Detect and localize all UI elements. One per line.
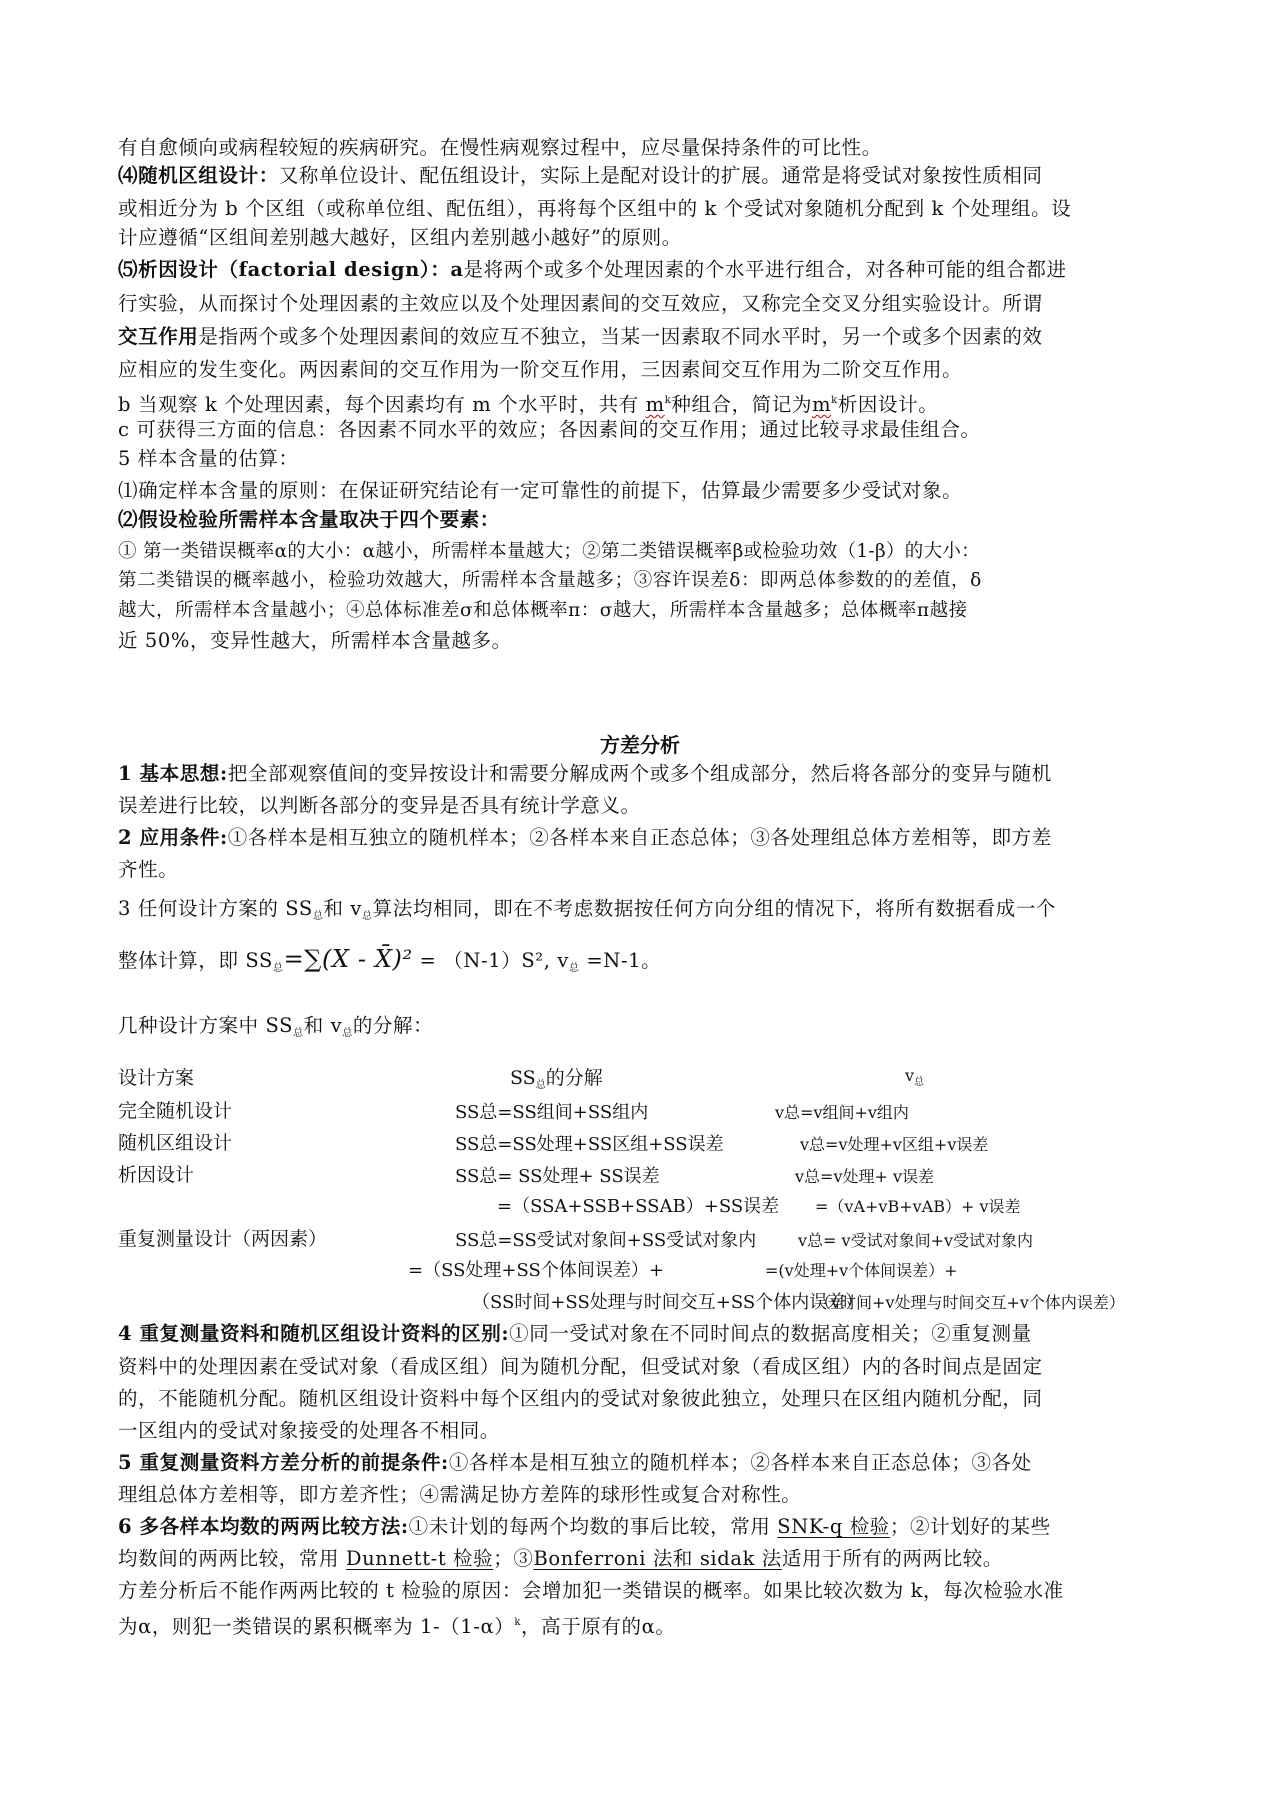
paragraph-line: ① 第一类错误概率α的大小：α越小，所需样本量越大；②第二类错误概率β或检验功效… <box>118 538 980 566</box>
paragraph-line: b 当观察 k 个处理因素，每个因素均有 m 个水平时，共有 mk种组合，简记为… <box>118 387 938 419</box>
bonferroni-sidak: Bonferroni 法和 sidak 法 <box>533 1547 781 1570</box>
row-ss-cont: =（SSA+SSB+SSAB）+SS误差 <box>497 1192 779 1218</box>
section-title: 方差分析 <box>0 729 1280 758</box>
paragraph-conditions: 2 应用条件:①各样本是相互独立的随机样本；②各样本来自正态总体；③各处理组总体… <box>118 824 1052 852</box>
paragraph-line: 交互作用是指两个或多个处理因素间的效应互不独立，当某一因素取不同水平时，另一个或… <box>118 323 1043 351</box>
row-ss: SS总=SS组间+SS组内 <box>455 1098 648 1124</box>
header-design: 设计方案 <box>118 1063 194 1090</box>
row-v-cont: （v时间+v处理与时间交互+v个体内误差） <box>815 1290 1125 1313</box>
paragraph-line: 应相应的发生变化。两因素间的交互作用为一阶交互作用，三因素间交互作用为二阶交互作… <box>118 356 962 384</box>
paragraph-line: 为α，则犯一类错误的累积概率为 1-（1-α）k，高于原有的α。 <box>118 1609 675 1641</box>
document-page: 有自愈倾向或病程较短的疾病研究。在慢性病观察过程中，应尽量保持条件的可比性。 ⑷… <box>0 0 1280 1811</box>
section-heading: ⑵假设检验所需样本含量取决于四个要素： <box>118 506 500 534</box>
row-ss: SS总=SS处理+SS区组+SS误差 <box>455 1130 724 1156</box>
paragraph-line: 齐性。 <box>118 856 178 884</box>
term-interaction: 交互作用 <box>118 325 198 348</box>
header-v: v总 <box>905 1066 924 1088</box>
heading: ⑷随机区组设计： <box>118 164 279 187</box>
paragraph-line: 第二类错误的概率越小，检验功效越大，所需样本含量越多；③容许误差δ：即两总体参数… <box>118 567 982 595</box>
paragraph-line: 资料中的处理因素在受试对象（看成区组）间为随机分配，但受试对象（看成区组）内的各… <box>118 1353 1043 1381</box>
paragraph-line: 越大，所需样本含量越小；④总体标准差σ和总体概率π：σ越大，所需样本含量越多；总… <box>118 597 968 625</box>
paragraph-line: c 可获得三方面的信息：各因素不同水平的效应；各因素间的交互作用；通过比较寻求最… <box>118 416 981 444</box>
paragraph-line: 3 任何设计方案的 SS总和 v总算法均相同，即在不考虑数据按任何方向分组的情况… <box>118 895 1056 931</box>
header-ss: SS总的分解 <box>510 1063 603 1091</box>
row-design: 完全随机设计 <box>118 1096 232 1123</box>
section-heading: 5 样本含量的估算： <box>118 445 299 473</box>
sum-formula: =∑(X - X̄)² <box>284 945 413 973</box>
paragraph: 有自愈倾向或病程较短的疾病研究。在慢性病观察过程中，应尽量保持条件的可比性。 <box>118 134 882 162</box>
row-design: 析因设计 <box>118 1160 194 1187</box>
paragraph-line: 一区组内的受试对象接受的处理各不相同。 <box>118 1417 500 1445</box>
row-ss: SS总=SS受试对象间+SS受试对象内 <box>455 1226 756 1252</box>
paragraph-line: 的，不能随机分配。随机区组设计资料中每个区组内的受试对象彼此独立，处理只在区组内… <box>118 1385 1043 1413</box>
paragraph-comparison: 6 多各样本均数的两两比较方法:①未计划的每两个均数的事后比较，常用 SNK-q… <box>118 1513 1051 1541</box>
row-v-cont: =(v处理+v个体间误差）+ <box>765 1258 958 1281</box>
row-v: v总=v组间+v组内 <box>775 1100 909 1123</box>
heading: ⑸析因设计（factorial design）：a <box>118 258 464 281</box>
row-ss-cont: （SS时间+SS处理与时间交互+SS个体内误差） <box>472 1288 863 1314</box>
dunnett-t-test: Dunnett-t 检验 <box>346 1547 493 1570</box>
paragraph-line: 或相近分为 b 个区组（或称单位组、配伍组），再将每个区组中的 k 个受试对象随… <box>118 195 1071 223</box>
row-v: v总= v受试对象间+v受试对象内 <box>798 1228 1033 1251</box>
row-v-cont: =（vA+vB+vAB）+ v误差 <box>815 1194 1021 1217</box>
snk-q-test: SNK-q 检验 <box>777 1515 890 1538</box>
paragraph-line: 理组总体方差相等，即方差齐性；④需满足协方差阵的球形性或复合对称性。 <box>118 1481 801 1509</box>
paragraph-line: ⑴确定样本含量的原则：在保证研究结论有一定可靠性的前提下，估算最少需要多少受试对… <box>118 477 962 505</box>
paragraph-line: 几种设计方案中 SS总和 v总的分解： <box>118 1012 433 1048</box>
paragraph-line: 方差分析后不能作两两比较的 t 检验的原因：会增加犯一类错误的概率。如果比较次数… <box>118 1577 1064 1605</box>
row-design: 重复测量设计（两因素） <box>118 1224 327 1251</box>
row-ss-cont: =（SS处理+SS个体间误差）+ <box>408 1256 664 1282</box>
paragraph-line: 均数间的两两比较，常用 Dunnett-t 检验；③Bonferroni 法和 … <box>118 1545 1003 1573</box>
paragraph-randomized-block: ⑷随机区组设计：又称单位设计、配伍组设计，实际上是配对设计的扩展。通常是将受试对… <box>118 162 1043 190</box>
row-v: v总=v处理+v区组+v误差 <box>800 1132 988 1155</box>
row-v: v总=v处理+ v误差 <box>795 1164 934 1187</box>
row-ss: SS总= SS处理+ SS误差 <box>455 1162 660 1188</box>
paragraph-prerequisites: 5 重复测量资料方差分析的前提条件:①各样本是相互独立的随机样本；②各样本来自正… <box>118 1449 1032 1477</box>
paragraph-basic-idea: 1 基本思想:把全部观察值间的变异按设计和需要分解成两个或多个组成部分，然后将各… <box>118 760 1052 788</box>
paragraph-difference: 4 重复测量资料和随机区组设计资料的区别:①同一受试对象在不同时间点的数据高度相… <box>118 1320 1032 1348</box>
paragraph-factorial: ⑸析因设计（factorial design）：a是将两个或多个处理因素的个水平… <box>118 256 1067 284</box>
paragraph-line: 误差进行比较，以判断各部分的变异是否具有统计学意义。 <box>118 792 641 820</box>
paragraph-line: 计应遵循“区组间差别越大越好，区组内差别越小越好”的原则。 <box>118 224 682 252</box>
row-design: 随机区组设计 <box>118 1128 232 1155</box>
paragraph-line: 近 50%，变异性越大，所需样本含量越多。 <box>118 627 512 655</box>
formula-line: 整体计算，即 SS总=∑(X - X̄)² = （N-1）S², v总 =N-1… <box>118 945 661 983</box>
paragraph-line: 行实验，从而探讨个处理因素的主效应以及个处理因素间的交互效应，又称完全交叉分组实… <box>118 290 1043 318</box>
